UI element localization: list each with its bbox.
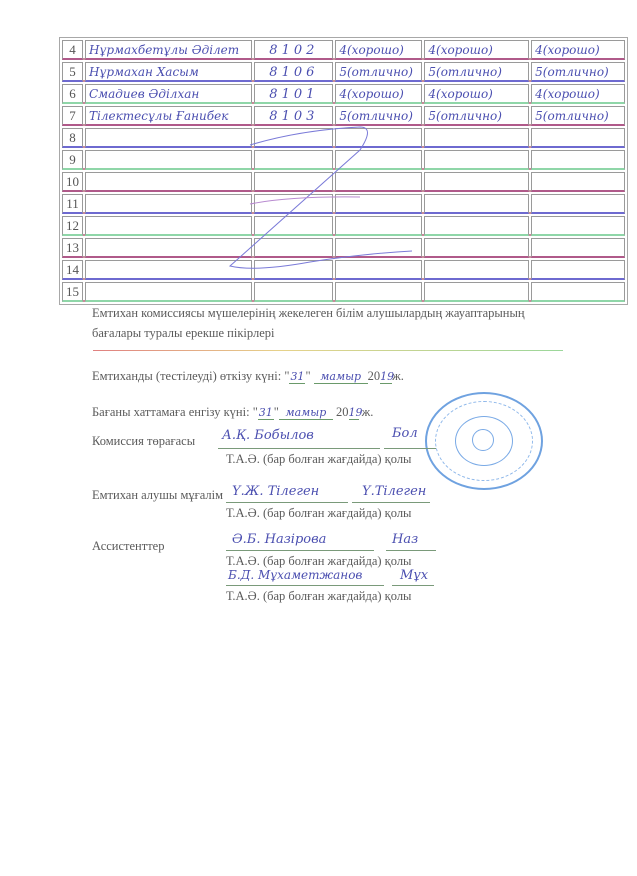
- row-number-text: 4: [69, 42, 76, 57]
- chair-name-line: [218, 448, 380, 449]
- chair-caption: Т.А.Ә. (бар болған жағдайда) қолы: [226, 452, 411, 467]
- student-code-cell: [254, 260, 333, 280]
- row-number-text: 14: [66, 262, 79, 277]
- grade-3-cell: [531, 238, 625, 258]
- row-number-text: 5: [69, 64, 76, 79]
- row-number-text: 10: [66, 174, 79, 189]
- row-number-text: 11: [66, 196, 79, 211]
- student-name-cell: [85, 172, 252, 192]
- table-row: 15: [62, 282, 625, 302]
- exam-date-suffix: ж.: [392, 369, 404, 383]
- grade-3-cell: [531, 128, 625, 148]
- entry-date-label: Бағаны хаттамаға енгізу күні: ": [92, 405, 258, 419]
- row-number: 8: [62, 128, 83, 148]
- chair-signature: Бол: [392, 426, 418, 441]
- exam-date-quote: ": [305, 369, 310, 383]
- grade-2-cell: [424, 260, 529, 280]
- grade-1-cell: [335, 216, 422, 236]
- student-name-cell: Нұрмахбетұлы Әділет: [85, 40, 252, 60]
- row-number-text: 8: [69, 130, 76, 145]
- row-number: 5: [62, 62, 83, 82]
- grade-2-cell: [424, 194, 529, 214]
- grade-2-cell-text: 5(отлично): [428, 109, 502, 123]
- assistant-2-caption: Т.А.Ә. (бар болған жағдайда) қолы: [226, 589, 411, 604]
- exam-date-label: Емтиханды (тестілеуді) өткізу күні: ": [92, 369, 289, 383]
- exam-date-month: мамыр: [314, 370, 368, 384]
- assistant-2-sign-line: [392, 585, 434, 586]
- grade-3-cell-text: 4(хорошо): [535, 43, 600, 57]
- exam-date-year-prefix: 20: [368, 369, 381, 383]
- official-seal-stamp: [425, 392, 543, 490]
- student-name-cell-text: Тілектесұлы Ғанибек: [89, 109, 228, 123]
- exam-date-day: 31: [289, 370, 305, 384]
- grade-1-cell: [335, 150, 422, 170]
- row-number: 4: [62, 40, 83, 60]
- row-number: 13: [62, 238, 83, 258]
- grade-2-cell: [424, 150, 529, 170]
- student-code-cell: [254, 282, 333, 302]
- student-code-cell: [254, 128, 333, 148]
- assistant-1-name-line: [226, 550, 374, 551]
- grade-1-cell: [335, 194, 422, 214]
- grade-2-cell: [424, 128, 529, 148]
- grade-3-cell-text: 5(отлично): [535, 65, 609, 79]
- table-row: 9: [62, 150, 625, 170]
- remarks-underline: [93, 350, 563, 351]
- assistant-1-caption: Т.А.Ә. (бар болған жағдайда) қолы: [226, 554, 411, 569]
- assistant-1-sign-line: [386, 550, 436, 551]
- row-number: 15: [62, 282, 83, 302]
- student-code-cell: [254, 172, 333, 192]
- grade-1-cell: [335, 238, 422, 258]
- student-code-cell: [254, 238, 333, 258]
- row-number-text: 15: [66, 284, 79, 299]
- assistant-2-name-line: [226, 585, 384, 586]
- student-name-cell-text: Смадиев Әділхан: [89, 87, 199, 101]
- grade-1-cell: [335, 282, 422, 302]
- student-code-cell: [254, 150, 333, 170]
- grade-3-cell: 5(отлично): [531, 106, 625, 126]
- grade-2-cell: 5(отлично): [424, 62, 529, 82]
- grade-1-cell: 5(отлично): [335, 106, 422, 126]
- chair-name-handwritten: А.Қ. Бобылов: [222, 428, 314, 443]
- student-name-cell-text: Нұрмахбетұлы Әділет: [89, 43, 239, 57]
- grade-1-cell-text: 5(отлично): [339, 65, 413, 79]
- chair-sign-line: [384, 448, 436, 449]
- row-number: 12: [62, 216, 83, 236]
- table-row: 14: [62, 260, 625, 280]
- student-code-cell-text: 8102: [269, 43, 318, 58]
- student-name-cell: Нұрмахан Хасым: [85, 62, 252, 82]
- entry-date-year-prefix: 20: [336, 405, 349, 419]
- grade-3-cell: 5(отлично): [531, 62, 625, 82]
- teacher-caption: Т.А.Ә. (бар болған жағдайда) қолы: [226, 506, 411, 521]
- table-row: 12: [62, 216, 625, 236]
- student-name-cell-text: Нұрмахан Хасым: [89, 65, 199, 79]
- table-row: 6Смадиев Әділхан81014(хорошо)4(хорошо)4(…: [62, 84, 625, 104]
- table-row: 8: [62, 128, 625, 148]
- grade-3-cell: [531, 194, 625, 214]
- assistant-1-signature: Наз: [392, 532, 418, 547]
- grade-3-cell-text: 5(отлично): [535, 109, 609, 123]
- teacher-name-handwritten: Ү.Ж. Тілеген: [232, 484, 319, 499]
- grade-2-cell: [424, 216, 529, 236]
- grade-2-cell-text: 5(отлично): [428, 65, 502, 79]
- entry-date-row: Бағаны хаттамаға енгізу күні: "31"мамыр …: [92, 405, 373, 420]
- student-name-cell: Смадиев Әділхан: [85, 84, 252, 104]
- grade-2-cell: 5(отлично): [424, 106, 529, 126]
- exam-date-year-suffix: 19: [380, 370, 392, 384]
- grade-1-cell: 4(хорошо): [335, 40, 422, 60]
- student-name-cell: [85, 128, 252, 148]
- student-code-cell-text: 8103: [269, 109, 318, 124]
- table-row: 7Тілектесұлы Ғанибек81035(отлично)5(отли…: [62, 106, 625, 126]
- table-row: 13: [62, 238, 625, 258]
- teacher-sign-line: [352, 502, 430, 503]
- assistants-label: Ассистенттер: [92, 539, 164, 554]
- assistant-1-name-handwritten: Ә.Б. Назірова: [232, 532, 326, 547]
- grade-3-cell: [531, 216, 625, 236]
- student-name-cell: Тілектесұлы Ғанибек: [85, 106, 252, 126]
- teacher-signature: Ү.Тілеген: [362, 484, 426, 499]
- student-name-cell: [85, 260, 252, 280]
- row-number-text: 9: [69, 152, 76, 167]
- grade-1-cell: 5(отлично): [335, 62, 422, 82]
- student-code-cell: 8103: [254, 106, 333, 126]
- entry-date-day: 31: [258, 406, 274, 420]
- row-number: 10: [62, 172, 83, 192]
- grade-2-cell-text: 4(хорошо): [428, 87, 493, 101]
- grade-1-cell: [335, 172, 422, 192]
- student-code-cell: 8102: [254, 40, 333, 60]
- student-code-cell: [254, 194, 333, 214]
- grade-2-cell: 4(хорошо): [424, 40, 529, 60]
- student-name-cell: [85, 282, 252, 302]
- student-code-cell: [254, 216, 333, 236]
- row-number: 6: [62, 84, 83, 104]
- grade-1-cell-text: 4(хорошо): [339, 43, 404, 57]
- grade-2-cell: 4(хорошо): [424, 84, 529, 104]
- student-name-cell: [85, 150, 252, 170]
- student-code-cell: 8106: [254, 62, 333, 82]
- row-number-text: 12: [66, 218, 79, 233]
- grade-3-cell: [531, 260, 625, 280]
- grade-3-cell: [531, 172, 625, 192]
- entry-date-month: мамыр: [279, 406, 333, 420]
- table-row: 5Нұрмахан Хасым81065(отлично)5(отлично)5…: [62, 62, 625, 82]
- row-number: 7: [62, 106, 83, 126]
- grade-3-cell: 4(хорошо): [531, 84, 625, 104]
- row-number: 14: [62, 260, 83, 280]
- grade-1-cell-text: 4(хорошо): [339, 87, 404, 101]
- student-name-cell: [85, 216, 252, 236]
- student-code-cell: 8101: [254, 84, 333, 104]
- chair-label: Комиссия төрағасы: [92, 434, 195, 449]
- teacher-name-line: [226, 502, 348, 503]
- grade-3-cell: 4(хорошо): [531, 40, 625, 60]
- grade-2-cell: [424, 172, 529, 192]
- student-code-cell-text: 8101: [269, 87, 318, 102]
- grade-1-cell: [335, 260, 422, 280]
- student-name-cell: [85, 194, 252, 214]
- entry-date-suffix: ж.: [362, 405, 374, 419]
- grade-1-cell-text: 5(отлично): [339, 109, 413, 123]
- grade-1-cell: [335, 128, 422, 148]
- grade-2-cell-text: 4(хорошо): [428, 43, 493, 57]
- special-remarks-label: Емтихан комиссиясы мүшелерінің жекелеген…: [92, 303, 562, 343]
- entry-date-year-suffix: 19: [349, 406, 359, 420]
- row-number: 11: [62, 194, 83, 214]
- exam-protocol-page: 4Нұрмахбетұлы Әділет81024(хорошо)4(хорош…: [0, 0, 637, 876]
- student-code-cell-text: 8106: [269, 65, 318, 80]
- grade-1-cell: 4(хорошо): [335, 84, 422, 104]
- grade-3-cell: [531, 150, 625, 170]
- row-number-text: 13: [66, 240, 79, 255]
- assistant-2-name-handwritten: Б.Д. Мұхаметжанов: [228, 568, 362, 582]
- table-row: 4Нұрмахбетұлы Әділет81024(хорошо)4(хорош…: [62, 40, 625, 60]
- assistant-2-signature: Мұх: [400, 568, 428, 583]
- grade-3-cell: [531, 282, 625, 302]
- grade-2-cell: [424, 282, 529, 302]
- exam-date-row: Емтиханды (тестілеуді) өткізу күні: "31"…: [92, 369, 404, 384]
- emblem-icon: [472, 429, 494, 451]
- student-name-cell: [85, 238, 252, 258]
- table-row: 10: [62, 172, 625, 192]
- row-number-text: 6: [69, 86, 76, 101]
- row-number: 9: [62, 150, 83, 170]
- grade-3-cell-text: 4(хорошо): [535, 87, 600, 101]
- grades-table: 4Нұрмахбетұлы Әділет81024(хорошо)4(хорош…: [59, 37, 628, 305]
- grade-2-cell: [424, 238, 529, 258]
- teacher-label: Емтихан алушы мұғалім: [92, 488, 223, 503]
- table-row: 11: [62, 194, 625, 214]
- row-number-text: 7: [69, 108, 76, 123]
